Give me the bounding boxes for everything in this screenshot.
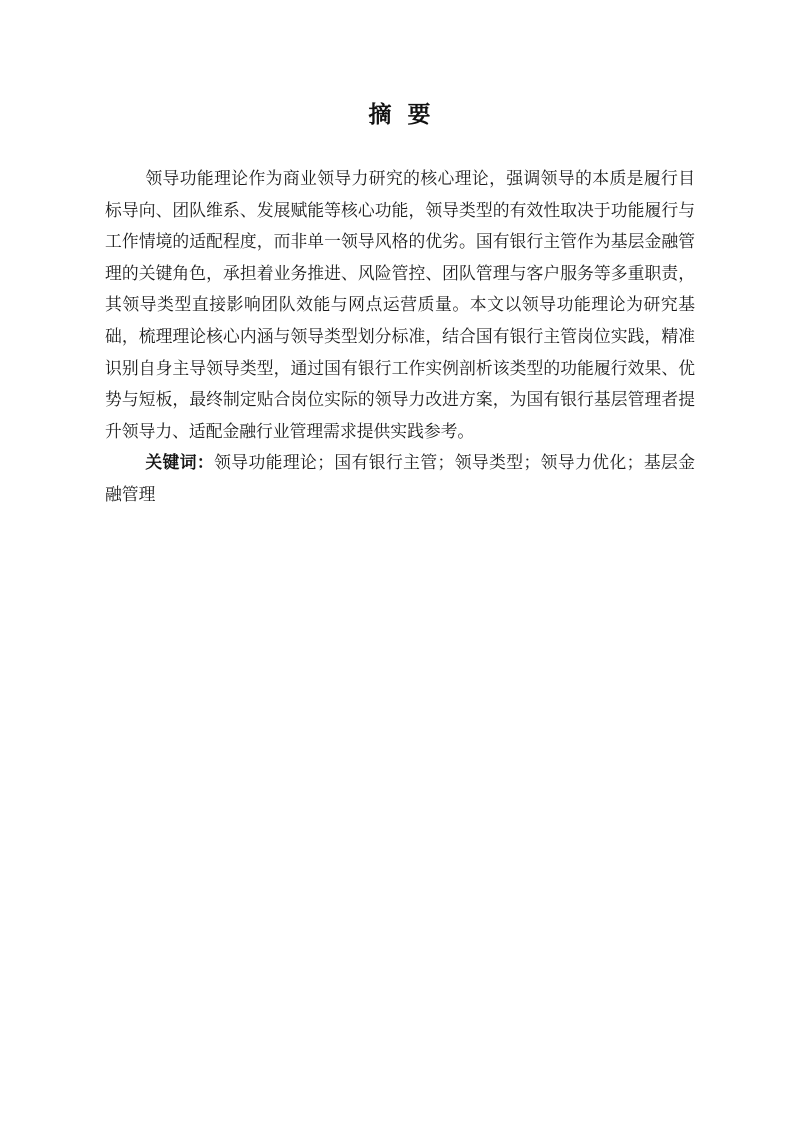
keywords-label: 关键词： xyxy=(145,452,214,472)
document-page: 摘 要 领导功能理论作为商业领导力研究的核心理论，强调领导的本质是履行目标导向、… xyxy=(105,0,695,511)
abstract-title: 摘 要 xyxy=(105,99,695,130)
keywords-line: 关键词：领导功能理论；国有银行主管；领导类型；领导力优化；基层金融管理 xyxy=(105,447,695,510)
abstract-body-paragraph: 领导功能理论作为商业领导力研究的核心理论，强调领导的本质是履行目标导向、团队维系… xyxy=(105,163,695,447)
